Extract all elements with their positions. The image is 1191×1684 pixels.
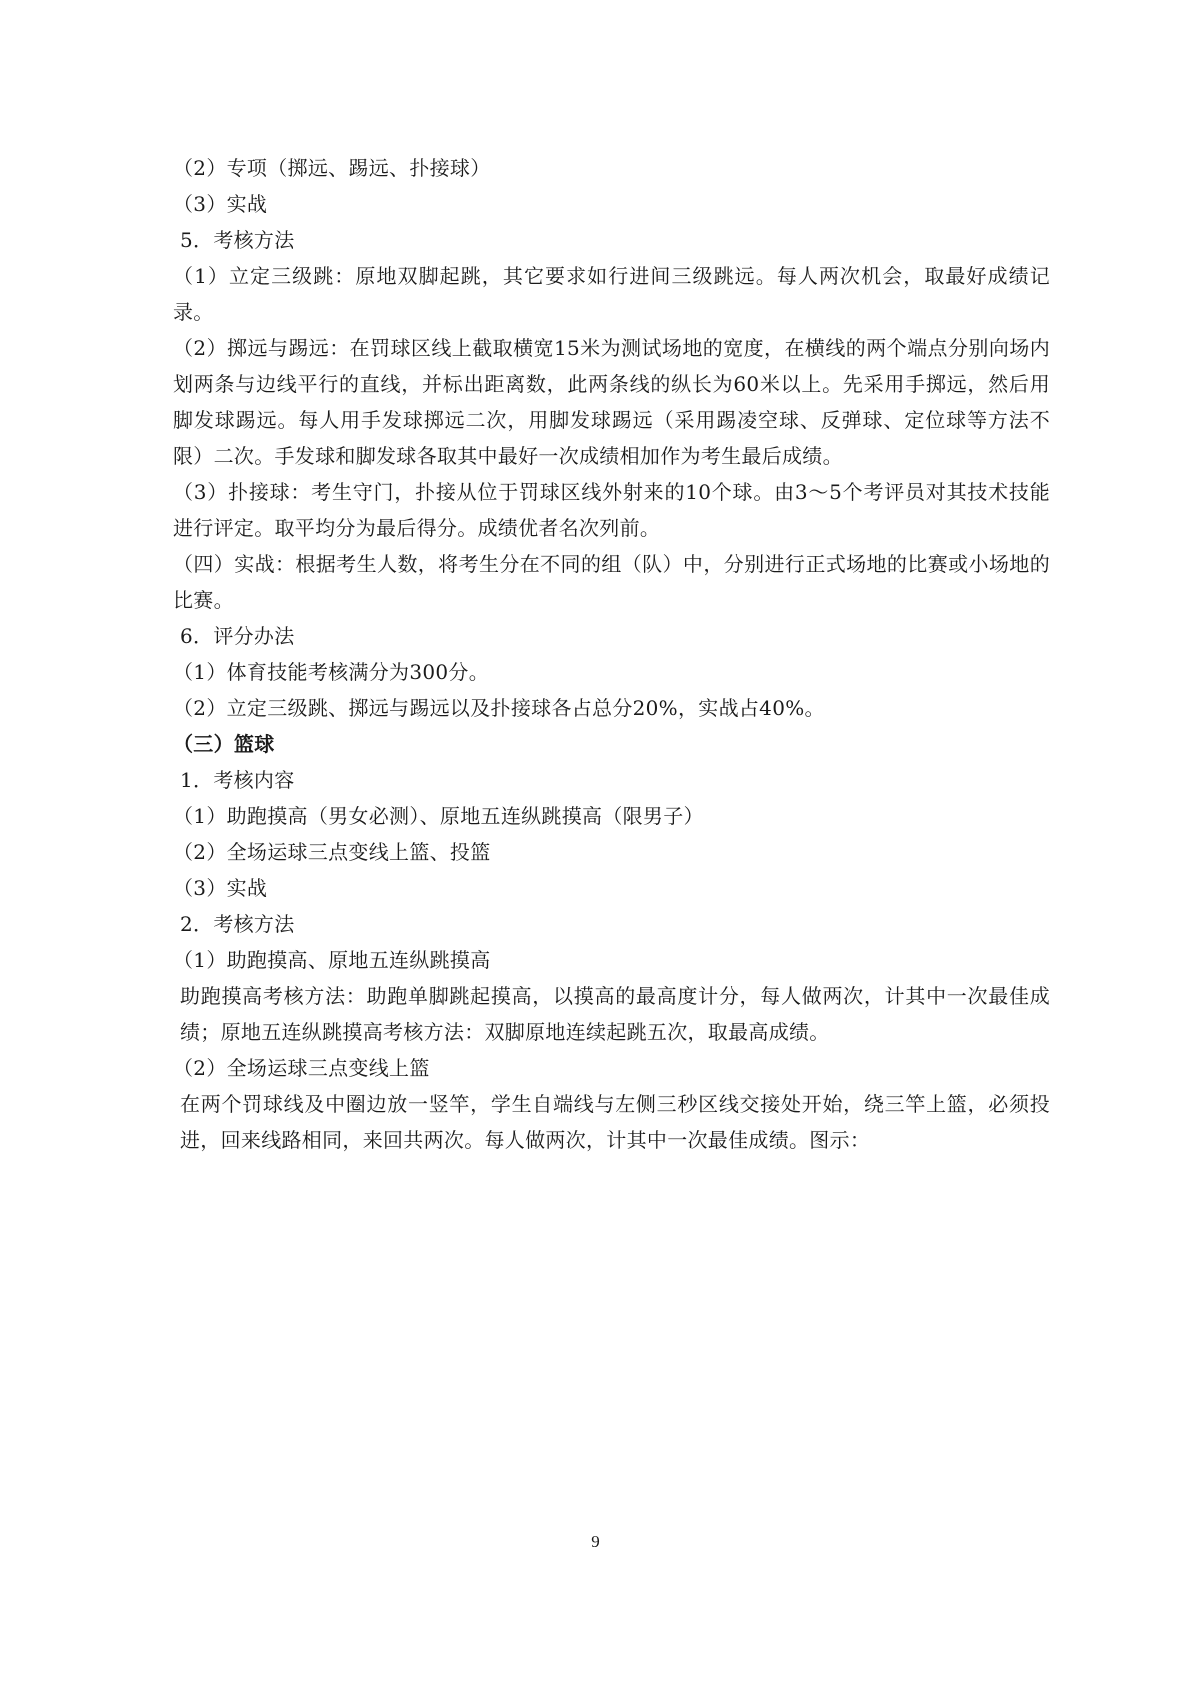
- item-reach: （1）助跑摸高（男女必测）、原地五连纵跳摸高（限男子）: [173, 798, 1050, 834]
- subheading-reach: （1）助跑摸高、原地五连纵跳摸高: [173, 942, 1050, 978]
- para-throw-kick: （2）掷远与踢远：在罚球区线上截取横宽15米为测试场地的宽度，在横线的两个端点分…: [173, 330, 1050, 474]
- item-dribble: （2）全场运球三点变线上篮、投篮: [173, 834, 1050, 870]
- heading-content: 1．考核内容: [180, 762, 1050, 798]
- heading-assessment-method: 5．考核方法: [180, 222, 1050, 258]
- para-dribble-method: 在两个罚球线及中圈边放一竖竿，学生自端线与左侧三秒区线交接处开始，绕三竿上篮，必…: [180, 1086, 1050, 1158]
- item-match: （3）实战: [173, 186, 1050, 222]
- para-reach-method: 助跑摸高考核方法：助跑单脚跳起摸高，以摸高的最高度计分，每人做两次，计其中一次最…: [180, 978, 1050, 1050]
- para-triple-jump: （1）立定三级跳：原地双脚起跳，其它要求如行进间三级跳远。每人两次机会，取最好成…: [173, 258, 1050, 330]
- document-body: （2）专项（掷远、踢远、扑接球） （3）实战 5．考核方法 （1）立定三级跳：原…: [180, 150, 1050, 1158]
- item-basketball-match: （3）实战: [173, 870, 1050, 906]
- scoring-total: （1）体育技能考核满分为300分。: [173, 654, 1050, 690]
- heading-scoring: 6．评分办法: [180, 618, 1050, 654]
- para-match: （四）实战：根据考生人数，将考生分在不同的组（队）中，分别进行正式场地的比赛或小…: [173, 546, 1050, 618]
- heading-method: 2．考核方法: [180, 906, 1050, 942]
- section-basketball: （三）篮球: [173, 726, 1050, 762]
- item-special-events: （2）专项（掷远、踢远、扑接球）: [173, 150, 1050, 186]
- para-goalkeeping: （3）扑接球：考生守门，扑接从位于罚球区线外射来的10个球。由3～5个考评员对其…: [173, 474, 1050, 546]
- page-number: 9: [0, 1532, 1191, 1552]
- scoring-weights: （2）立定三级跳、掷远与踢远以及扑接球各占总分20%，实战占40%。: [173, 690, 1050, 726]
- subheading-dribble: （2）全场运球三点变线上篮: [173, 1050, 1050, 1086]
